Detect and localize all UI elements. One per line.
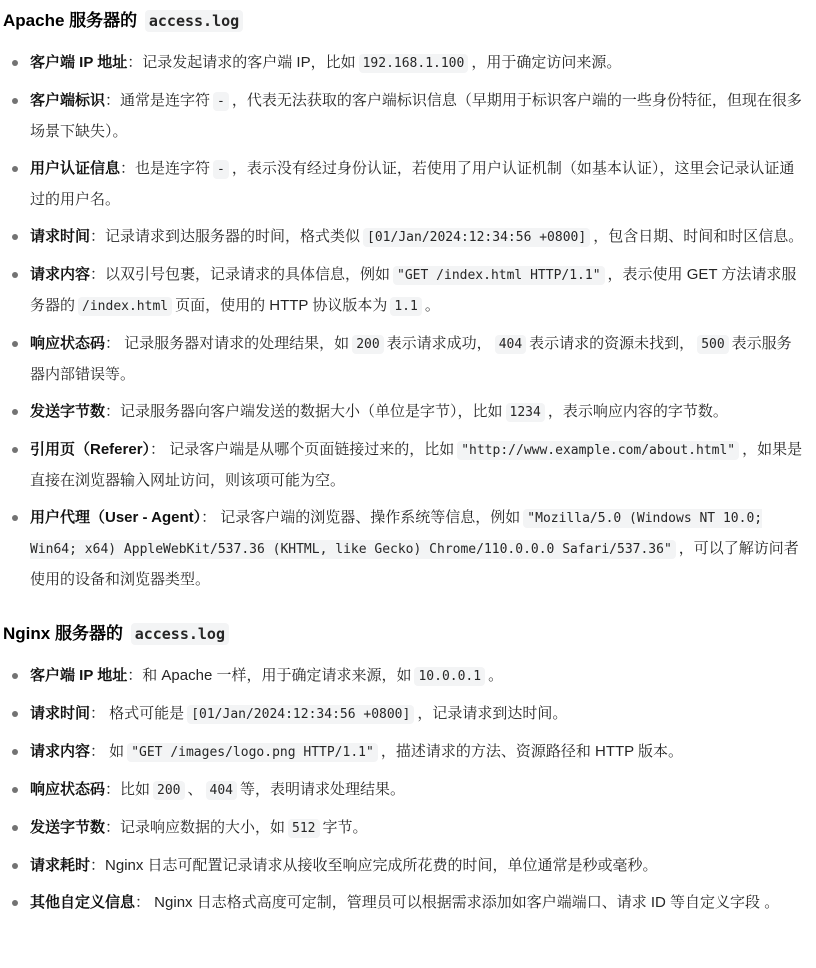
list-item: 请求时间：记录请求到达服务器的时间，格式类似[01/Jan/2024:12:34…	[3, 222, 806, 253]
section-heading-text: Nginx 服务器的	[3, 624, 123, 643]
item-label: 用户认证信息	[30, 160, 120, 177]
item-content: 请求内容：以双引号包裹，记录请求的具体信息，例如"GET /index.html…	[30, 260, 806, 322]
bullet-dot-icon	[12, 234, 18, 240]
inline-code: "GET /index.html HTTP/1.1"	[393, 266, 605, 285]
text-segment: ，包含日期、时间和时区信息。	[593, 228, 803, 245]
inline-code: [01/Jan/2024:12:34:56 +0800]	[363, 228, 590, 247]
item-label: 请求时间	[30, 705, 90, 722]
item-content: 引用页（Referer）： 记录客户端是从哪个页面链接过来的，比如"http:/…	[30, 435, 806, 496]
text-segment: 表示请求成功，	[387, 335, 492, 352]
inline-code: 404	[206, 781, 237, 800]
bullet-dot-col	[3, 222, 30, 240]
list-item: 客户端 IP 地址：记录发起请求的客户端 IP，比如192.168.1.100，…	[3, 48, 806, 79]
bullet-dot-col	[3, 86, 30, 104]
bullet-dot-icon	[12, 900, 18, 906]
item-content: 用户代理（User - Agent）： 记录客户端的浏览器、操作系统等信息，例如…	[30, 503, 806, 595]
bullet-dot-icon	[12, 166, 18, 172]
item-label: 请求耗时	[30, 857, 90, 874]
text-segment: ： 格式可能是	[90, 705, 184, 722]
text-segment: ： 记录客户端的浏览器、操作系统等信息，例如	[201, 509, 520, 526]
item-label: 请求时间	[30, 228, 90, 245]
item-label: 发送字节数	[30, 403, 105, 420]
text-segment: ： 如	[90, 743, 124, 760]
item-label: 用户代理（User - Agent）	[30, 509, 201, 526]
text-segment: 页面，使用的 HTTP 协议版本为	[175, 297, 387, 314]
bullet-dot-icon	[12, 825, 18, 831]
text-segment: ：比如	[105, 781, 150, 798]
bullet-dot-col	[3, 699, 30, 717]
bullet-dot-icon	[12, 711, 18, 717]
list-item: 响应状态码：比如200、404等，表明请求处理结果。	[3, 775, 806, 806]
text-segment: 。	[488, 667, 503, 684]
item-content: 响应状态码：比如200、404等，表明请求处理结果。	[30, 775, 806, 806]
bullet-dot-col	[3, 775, 30, 793]
item-content: 响应状态码： 记录服务器对请求的处理结果，如200表示请求成功，404表示请求的…	[30, 329, 806, 390]
list-item: 请求内容： 如"GET /images/logo.png HTTP/1.1"，描…	[3, 737, 806, 768]
item-label: 发送字节数	[30, 819, 105, 836]
bullet-dot-col	[3, 329, 30, 347]
list-item: 客户端标识：通常是连字符-，代表无法获取的客户端标识信息（早期用于标识客户端的一…	[3, 86, 806, 147]
text-segment: 等，表明请求处理结果。	[240, 781, 405, 798]
item-label: 客户端 IP 地址	[30, 667, 127, 684]
item-content: 发送字节数：记录服务器向客户端发送的数据大小（单位是字节），比如1234，表示响…	[30, 397, 806, 428]
text-segment: ，记录请求到达时间。	[417, 705, 567, 722]
bullet-dot-icon	[12, 447, 18, 453]
item-content: 发送字节数：记录响应数据的大小，如512字节。	[30, 813, 806, 844]
text-segment: ： Nginx 日志格式高度可定制，管理员可以根据需求添加如客户端端口、请求 I…	[135, 894, 779, 911]
bullet-dot-icon	[12, 98, 18, 104]
section-heading: Nginx 服务器的 access.log	[3, 621, 806, 647]
inline-code: 200	[153, 781, 184, 800]
item-label: 响应状态码	[30, 335, 105, 352]
bullet-dot-col	[3, 503, 30, 521]
list-item: 请求内容：以双引号包裹，记录请求的具体信息，例如"GET /index.html…	[3, 260, 806, 322]
bullet-dot-icon	[12, 341, 18, 347]
item-label: 引用页（Referer）	[30, 441, 150, 458]
text-segment: ，描述请求的方法、资源路径和 HTTP 版本。	[381, 743, 683, 760]
section-heading-code: access.log	[131, 623, 229, 645]
list-item: 发送字节数：记录响应数据的大小，如512字节。	[3, 813, 806, 844]
text-segment: ：记录发起请求的客户端 IP，比如	[127, 54, 355, 71]
bullet-dot-col	[3, 851, 30, 869]
bullet-dot-icon	[12, 515, 18, 521]
bullet-dot-col	[3, 737, 30, 755]
list-item: 其他自定义信息： Nginx 日志格式高度可定制，管理员可以根据需求添加如客户端…	[3, 888, 806, 918]
item-label: 请求内容	[30, 266, 90, 283]
inline-code: 404	[495, 335, 526, 354]
inline-code: "http://www.example.com/about.html"	[457, 441, 739, 460]
item-content: 用户认证信息：也是连字符-，表示没有经过身份认证，若使用了用户认证机制（如基本认…	[30, 154, 806, 215]
text-segment: ，用于确定访问来源。	[471, 54, 621, 71]
inline-code: "GET /images/logo.png HTTP/1.1"	[127, 743, 378, 762]
bullet-dot-icon	[12, 272, 18, 278]
text-segment: ：以双引号包裹，记录请求的具体信息，例如	[90, 266, 390, 283]
item-content: 其他自定义信息： Nginx 日志格式高度可定制，管理员可以根据需求添加如客户端…	[30, 888, 806, 918]
list-item: 发送字节数：记录服务器向客户端发送的数据大小（单位是字节），比如1234，表示响…	[3, 397, 806, 428]
list-item: 用户代理（User - Agent）： 记录客户端的浏览器、操作系统等信息，例如…	[3, 503, 806, 595]
item-label: 客户端 IP 地址	[30, 54, 127, 71]
text-segment: ：和 Apache 一样，用于确定请求来源，如	[127, 667, 411, 684]
bullet-dot-col	[3, 813, 30, 831]
text-segment: 、	[188, 781, 203, 798]
inline-code: 10.0.0.1	[414, 667, 485, 686]
item-label: 请求内容	[30, 743, 90, 760]
text-segment: 字节。	[323, 819, 368, 836]
item-content: 请求内容： 如"GET /images/logo.png HTTP/1.1"，描…	[30, 737, 806, 768]
item-content: 请求耗时：Nginx 日志可配置记录请求从接收至响应完成所花费的时间，单位通常是…	[30, 851, 806, 881]
inline-code: [01/Jan/2024:12:34:56 +0800]	[187, 705, 414, 724]
inline-code: -	[213, 160, 229, 179]
list-item: 请求耗时：Nginx 日志可配置记录请求从接收至响应完成所花费的时间，单位通常是…	[3, 851, 806, 881]
bullet-dot-icon	[12, 60, 18, 66]
text-segment: ，表示响应内容的字节数。	[548, 403, 728, 420]
inline-code: 200	[352, 335, 383, 354]
text-segment: ：记录响应数据的大小，如	[105, 819, 285, 836]
bullet-list: 客户端 IP 地址：记录发起请求的客户端 IP，比如192.168.1.100，…	[3, 48, 806, 595]
bullet-dot-col	[3, 48, 30, 66]
text-segment: 表示请求的资源未找到，	[529, 335, 694, 352]
bullet-dot-icon	[12, 863, 18, 869]
document-body: Apache 服务器的 access.log客户端 IP 地址：记录发起请求的客…	[3, 8, 806, 918]
bullet-dot-icon	[12, 673, 18, 679]
item-content: 请求时间： 格式可能是[01/Jan/2024:12:34:56 +0800]，…	[30, 699, 806, 730]
item-content: 客户端标识：通常是连字符-，代表无法获取的客户端标识信息（早期用于标识客户端的一…	[30, 86, 806, 147]
inline-code: 500	[697, 335, 728, 354]
bullet-dot-icon	[12, 787, 18, 793]
text-segment: ： 记录服务器对请求的处理结果，如	[105, 335, 349, 352]
list-item: 用户认证信息：也是连字符-，表示没有经过身份认证，若使用了用户认证机制（如基本认…	[3, 154, 806, 215]
text-segment: ：也是连字符	[120, 160, 210, 177]
bullet-dot-col	[3, 661, 30, 679]
list-item: 引用页（Referer）： 记录客户端是从哪个页面链接过来的，比如"http:/…	[3, 435, 806, 496]
item-label: 响应状态码	[30, 781, 105, 798]
inline-code: 1.1	[390, 297, 421, 316]
inline-code: 192.168.1.100	[359, 54, 469, 73]
item-label: 其他自定义信息	[30, 894, 135, 911]
text-segment: 。	[425, 297, 440, 314]
bullet-list: 客户端 IP 地址：和 Apache 一样，用于确定请求来源，如10.0.0.1…	[3, 661, 806, 918]
bullet-dot-col	[3, 888, 30, 906]
text-segment: ：通常是连字符	[105, 92, 210, 109]
item-content: 客户端 IP 地址：记录发起请求的客户端 IP，比如192.168.1.100，…	[30, 48, 806, 79]
bullet-dot-col	[3, 260, 30, 278]
inline-code: 512	[288, 819, 319, 838]
inline-code: /index.html	[78, 297, 172, 316]
list-item: 客户端 IP 地址：和 Apache 一样，用于确定请求来源，如10.0.0.1…	[3, 661, 806, 692]
bullet-dot-icon	[12, 409, 18, 415]
bullet-dot-col	[3, 397, 30, 415]
bullet-dot-col	[3, 435, 30, 453]
item-content: 请求时间：记录请求到达服务器的时间，格式类似[01/Jan/2024:12:34…	[30, 222, 806, 253]
section-heading: Apache 服务器的 access.log	[3, 8, 806, 34]
text-segment: ： 记录客户端是从哪个页面链接过来的，比如	[150, 441, 454, 458]
item-content: 客户端 IP 地址：和 Apache 一样，用于确定请求来源，如10.0.0.1…	[30, 661, 806, 692]
inline-code: 1234	[506, 403, 545, 422]
inline-code: -	[213, 92, 229, 111]
list-item: 响应状态码： 记录服务器对请求的处理结果，如200表示请求成功，404表示请求的…	[3, 329, 806, 390]
text-segment: ：记录服务器向客户端发送的数据大小（单位是字节），比如	[105, 403, 503, 420]
bullet-dot-col	[3, 154, 30, 172]
list-item: 请求时间： 格式可能是[01/Jan/2024:12:34:56 +0800]，…	[3, 699, 806, 730]
text-segment: ：记录请求到达服务器的时间，格式类似	[90, 228, 360, 245]
bullet-dot-icon	[12, 749, 18, 755]
item-label: 客户端标识	[30, 92, 105, 109]
section-heading-text: Apache 服务器的	[3, 11, 137, 30]
section-heading-code: access.log	[145, 10, 243, 32]
text-segment: ：Nginx 日志可配置记录请求从接收至响应完成所花费的时间，单位通常是秒或毫秒…	[90, 857, 658, 874]
